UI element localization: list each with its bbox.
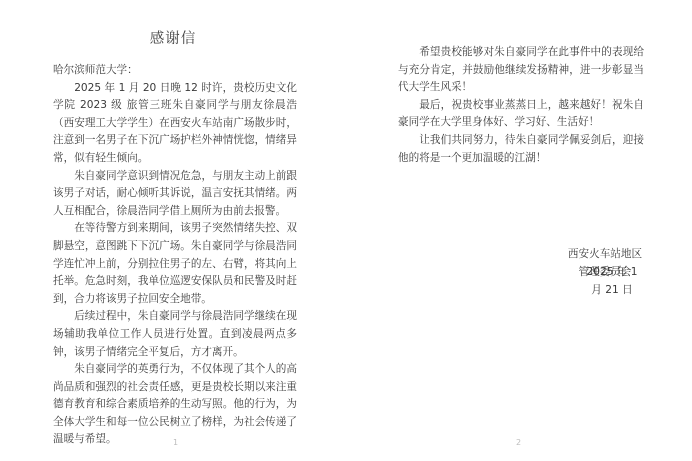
page-number: 1: [173, 438, 178, 447]
letter-title: 感谢信: [0, 27, 346, 48]
paragraph: 朱自豪同学的英勇行为，不仅体现了其个人的高尚品质和强烈的社会责任感，更是贵校长期…: [53, 361, 297, 449]
paragraph: 2025 年 1 月 20 日晚 12 时许，贵校历史文化学院 2023 级 旅…: [53, 80, 297, 168]
paragraph: 希望贵校能够对朱自豪同学在此事件中的表现给与充分肯定，并鼓励他继续发扬精神，进一…: [398, 44, 644, 97]
salutation: 哈尔滨师范大学：: [53, 62, 297, 80]
paragraph: 朱自豪同学意识到情况危急，与朋友主动上前跟该男子对话，耐心倾听其诉说，温言安抚其…: [53, 168, 297, 221]
page-2: 希望贵校能够对朱自豪同学在此事件中的表现给与充分肯定，并鼓励他继续发扬精神，进一…: [346, 0, 692, 461]
paragraph: 最后，祝贵校事业蒸蒸日上，越来越好！祝朱自豪同学在大学里身体好、学习好、生活好！: [398, 97, 644, 132]
paragraph: 在等待警方到来期间，该男子突然情绪失控、双脚悬空，意图跳下下沉广场。朱自豪同学与…: [53, 220, 297, 308]
page-number: 2: [516, 438, 521, 447]
page-1-body: 哈尔滨师范大学： 2025 年 1 月 20 日晚 12 时许，贵校历史文化学院…: [53, 62, 297, 449]
paragraph: 让我们共同努力，待朱自豪同学佩妥剑后，迎接他的将是一个更加温暖的江湖！: [398, 132, 644, 167]
signature-date: 2025 年 1 月 21 日: [580, 264, 644, 299]
page-1: 感谢信 哈尔滨师范大学： 2025 年 1 月 20 日晚 12 时许，贵校历史…: [0, 0, 346, 461]
paragraph: 后续过程中，朱自豪同学与徐晨浩同学继续在现场辅助我单位工作人员进行处置。直到凌晨…: [53, 308, 297, 361]
page-2-body: 希望贵校能够对朱自豪同学在此事件中的表现给与充分肯定，并鼓励他继续发扬精神，进一…: [398, 44, 644, 167]
